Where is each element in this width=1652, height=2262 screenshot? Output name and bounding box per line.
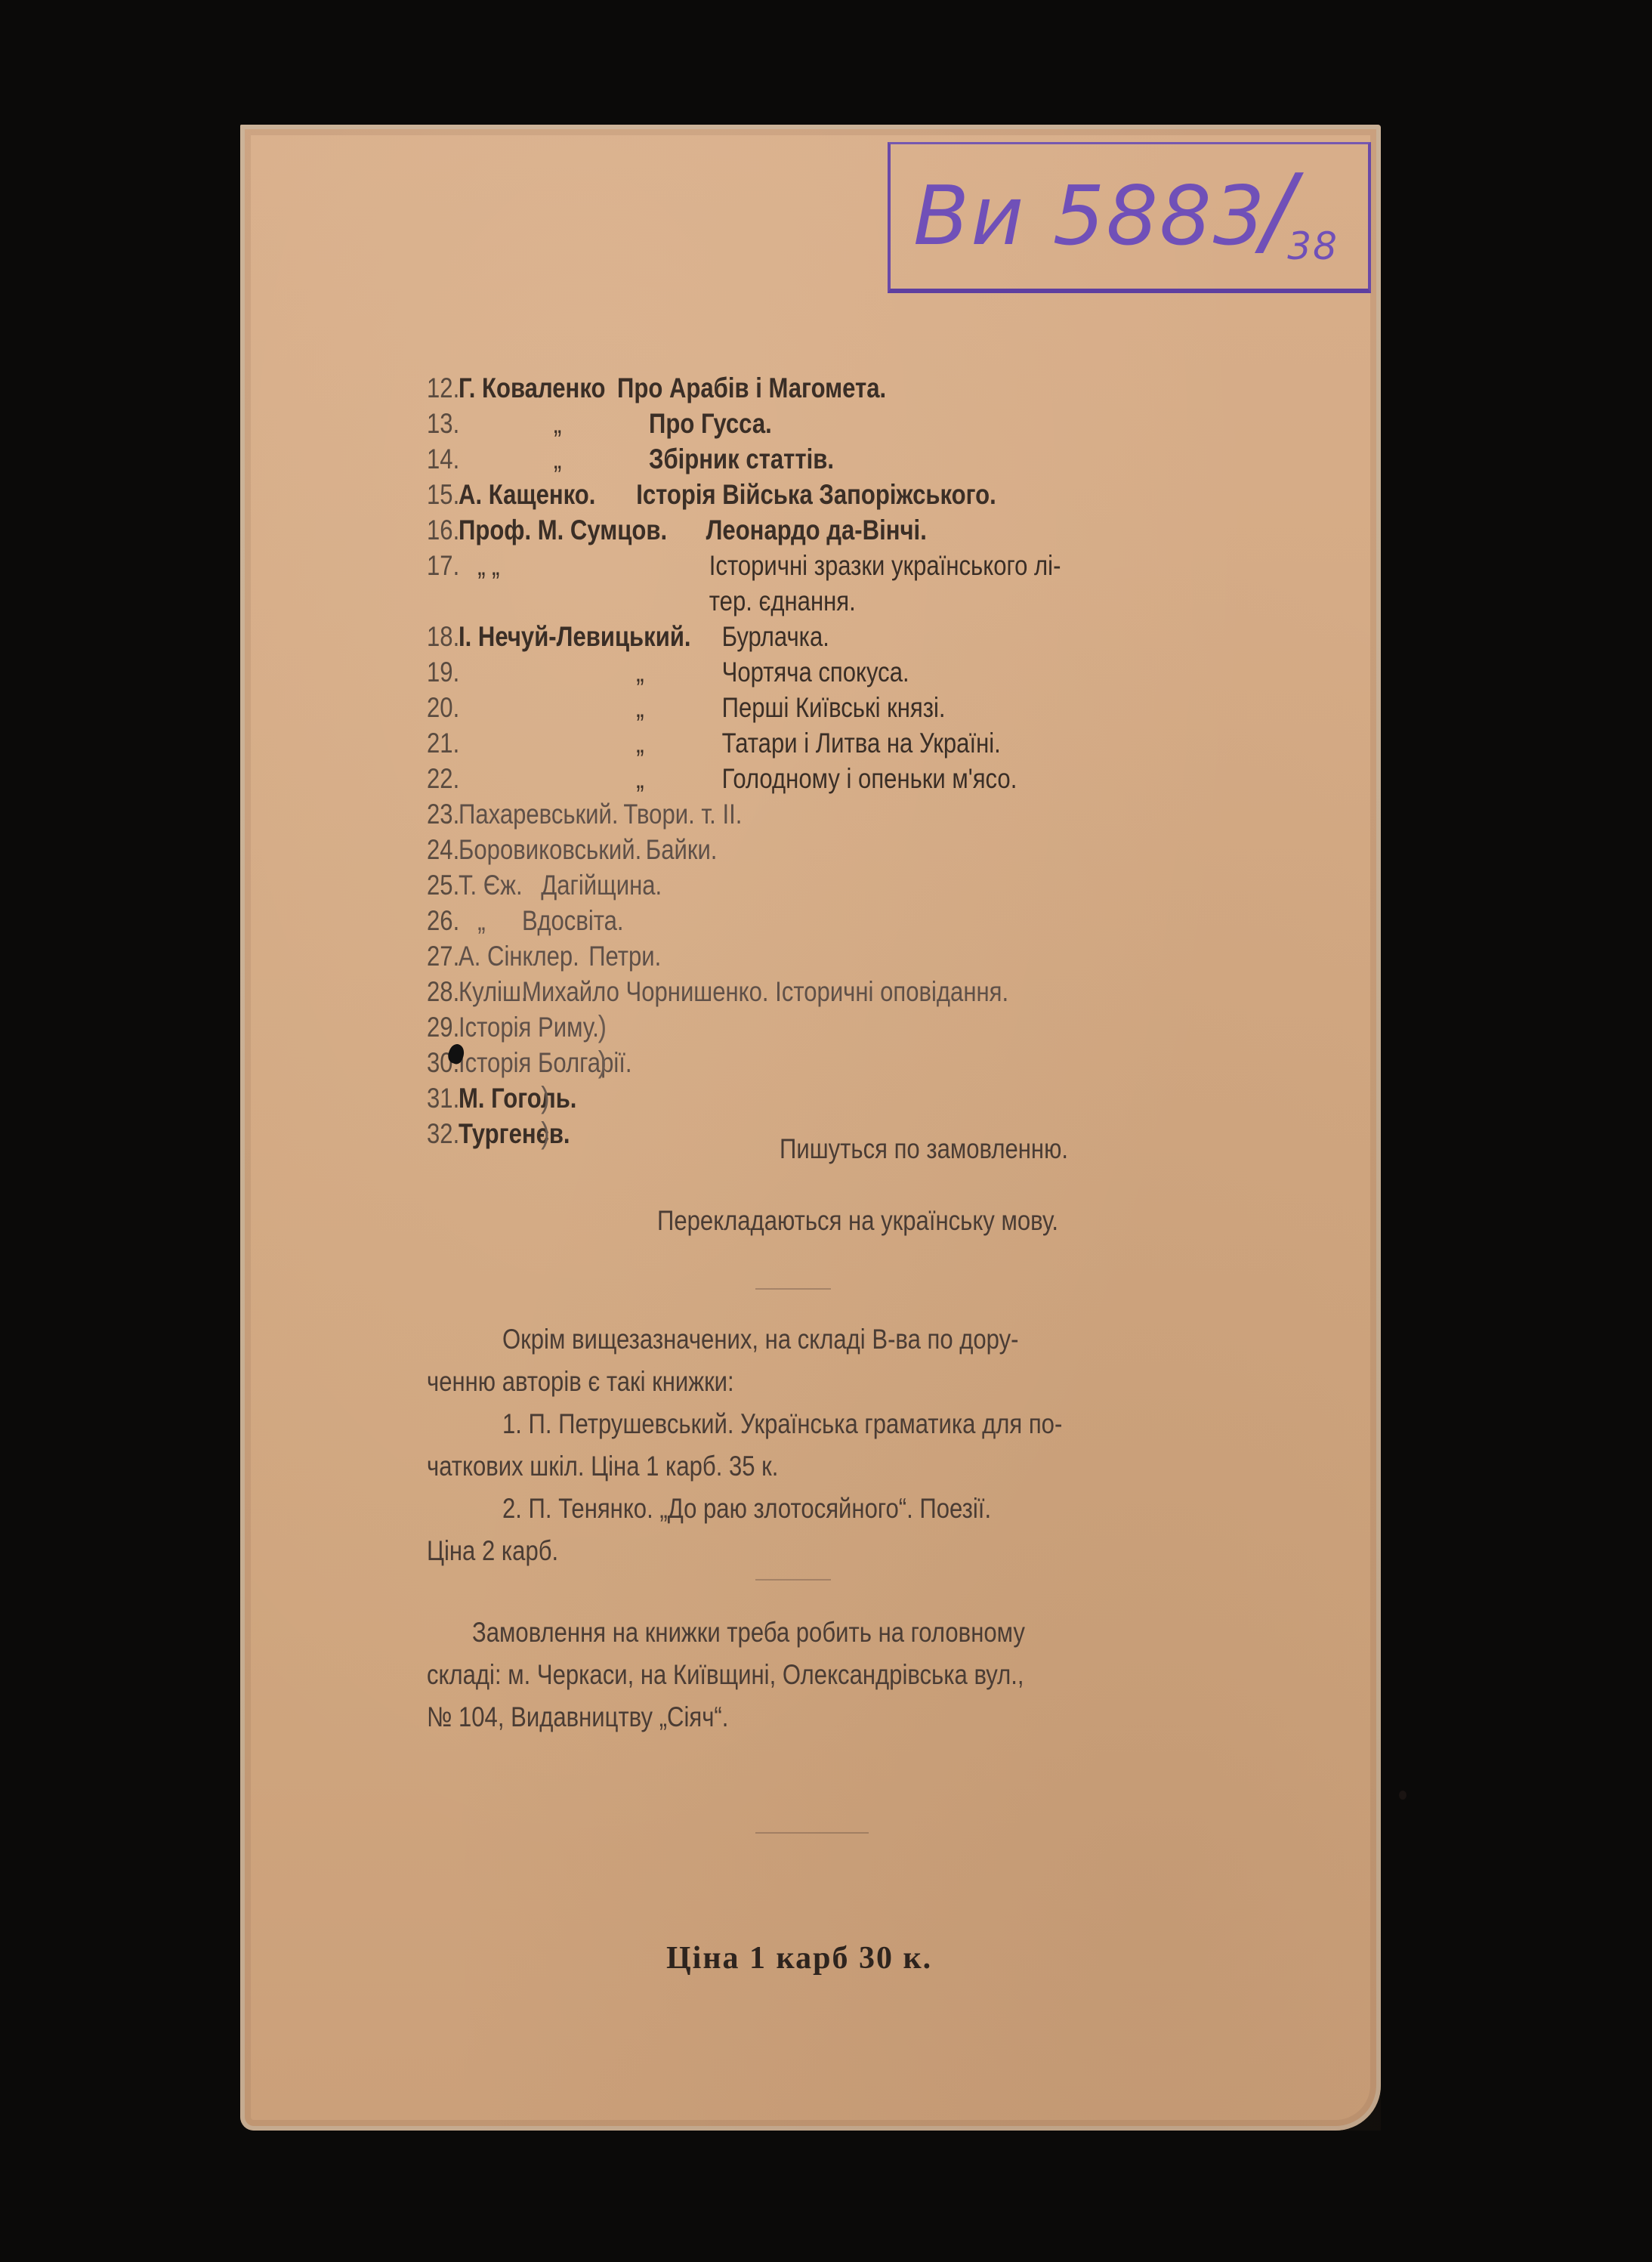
item-number: 32.	[427, 1116, 459, 1151]
item-number: 16.	[427, 512, 459, 548]
item-title: Про Арабів і Магомета.	[617, 370, 886, 406]
item-number: 12.	[427, 370, 459, 406]
list-item: 28. Куліш. Михайло Чорнишенко. Історичні…	[427, 974, 1125, 1009]
item-title: Перші Київські князі.	[722, 690, 946, 725]
section-divider	[755, 1579, 831, 1581]
item-title-continuation: тер. єднання.	[709, 583, 856, 619]
list-item: 27. А. Сінклер. Петри.	[427, 938, 1125, 974]
order-info-line2: складі: м. Черкаси, на Київщині, Олексан…	[427, 1654, 1024, 1696]
list-item: 17. „ „ Історичні зразки українського лі…	[427, 548, 1125, 583]
stamp-number: 5883	[1053, 169, 1267, 264]
brace-mark: )	[541, 1116, 549, 1151]
ditto-mark: „	[554, 406, 561, 441]
item-author: М. Гоголь.	[459, 1080, 576, 1116]
stamp-sub: 38	[1287, 224, 1339, 268]
item-number: 25.	[427, 867, 459, 903]
ditto-mark: „	[636, 761, 644, 796]
list-item: 20. „ Перші Київські князі.	[427, 690, 1125, 725]
item-number: 22.	[427, 761, 459, 796]
item-title: Збірник статтів.	[649, 441, 834, 477]
item-number: 14.	[427, 441, 459, 477]
list-item: 23. Пахаревський. Твори. т. II.	[427, 796, 1125, 832]
list-item: 13. „ Про Гусса.	[427, 406, 1125, 441]
item-title: Леонардо да-Вінчі.	[706, 512, 927, 548]
brace-mark: )	[598, 1009, 607, 1045]
price-label: Ціна 1 карб 30 к.	[666, 1940, 932, 1976]
order-info-line1: Замовлення на книжки треба робить на гол…	[472, 1612, 1025, 1654]
list-item: 25. Т. Єж. Дагійщина.	[427, 867, 1125, 903]
brace-mark: )	[598, 1045, 607, 1080]
list-item: 22. „ Голодному і опеньки м'ясо.	[427, 761, 1125, 796]
extra-item2-line1: 2. П. Тенянко. „До раю злотосяйного“. По…	[502, 1488, 991, 1530]
item-author: Куліш.	[459, 974, 528, 1009]
item-author: Боровиковський.	[459, 832, 641, 867]
item-number: 26.	[427, 903, 459, 938]
item-title: Історія Війська Запоріжського.	[636, 477, 996, 512]
item-title: Вдосвіта.	[522, 903, 624, 938]
extra-intro-line1: Окрім вищезазначених, на складі В-ва по …	[502, 1318, 1019, 1361]
list-item: 14. „ Збірник статтів.	[427, 441, 1125, 477]
list-item: 18. І. Нечуй-Левицький. Бурлачка.	[427, 619, 1125, 654]
item-number: 21.	[427, 725, 459, 761]
item-title: Про Гусса.	[649, 406, 772, 441]
brace-note-translating: Перекладаються на українську мову.	[657, 1205, 1058, 1237]
extra-item2-line2: Ціна 2 карб.	[427, 1530, 558, 1572]
list-item: 31. М. Гоголь. )	[427, 1080, 1125, 1116]
item-title: Твори. т. II.	[623, 796, 742, 832]
item-number: 28.	[427, 974, 459, 1009]
list-item: 19. „ Чортяча спокуса.	[427, 654, 1125, 690]
list-item: 24. Боровиковський. Байки.	[427, 832, 1125, 867]
item-author: А. Кащенко.	[459, 477, 595, 512]
ditto-mark: „	[636, 690, 644, 725]
item-title: Байки.	[646, 832, 718, 867]
stamp-prefix: Ви	[913, 169, 1025, 264]
item-title: Бурлачка.	[722, 619, 829, 654]
item-author: Г. Коваленко	[459, 370, 605, 406]
item-number: 23.	[427, 796, 459, 832]
brace-mark: )	[541, 1080, 549, 1116]
item-number: 15.	[427, 477, 459, 512]
item-title: Татари і Литва на Україні.	[722, 725, 1001, 761]
list-item: 12. Г. Коваленко Про Арабів і Магомета.	[427, 370, 1125, 406]
section-divider	[755, 1832, 869, 1834]
item-title: Петри.	[588, 938, 661, 974]
item-title: Історія Риму.	[459, 1009, 599, 1045]
item-number: 13.	[427, 406, 459, 441]
item-number: 19.	[427, 654, 459, 690]
list-item: 29. Історія Риму. )	[427, 1009, 1125, 1045]
ditto-mark: „	[477, 903, 485, 938]
list-item: 26. „ Вдосвіта.	[427, 903, 1125, 938]
item-number: 31.	[427, 1080, 459, 1116]
book-list: 12. Г. Коваленко Про Арабів і Магомета. …	[427, 370, 1258, 1151]
item-number: 24.	[427, 832, 459, 867]
item-number: 29.	[427, 1009, 459, 1045]
item-title: Історичні зразки українського лі-	[709, 548, 1061, 583]
item-author: Проф. М. Сумцов.	[459, 512, 667, 548]
item-title: Дагійщина.	[541, 867, 662, 903]
item-title: Чортяча спокуса.	[722, 654, 909, 690]
extra-item1-line1: 1. П. Петрушевський. Українська граматик…	[502, 1403, 1062, 1445]
item-author: Т. Єж.	[459, 867, 523, 903]
library-stamp: Ви 5883/38	[888, 142, 1371, 293]
extra-intro-line2: ченню авторів є такі книжки:	[427, 1361, 734, 1403]
order-info-line3: № 104, Видавництву „Сіяч“.	[427, 1696, 728, 1738]
section-divider	[755, 1288, 831, 1290]
list-item: 30. Історія Болгарії. )	[427, 1045, 1125, 1080]
ditto-mark: „ „	[477, 548, 499, 583]
list-item: 16. Проф. М. Сумцов. Леонардо да-Вінчі.	[427, 512, 1125, 548]
list-item: 21. „ Татари і Литва на Україні.	[427, 725, 1125, 761]
item-number: 17.	[427, 548, 459, 583]
item-number: 27.	[427, 938, 459, 974]
extra-item1-line2: чаткових шкіл. Ціна 1 карб. 35 к.	[427, 1445, 778, 1488]
item-title: Голодному і опеньки м'ясо.	[722, 761, 1017, 796]
ditto-mark: „	[636, 725, 644, 761]
list-item-continuation: тер. єднання.	[427, 583, 1125, 619]
item-number: 18.	[427, 619, 459, 654]
item-author: Пахаревський.	[459, 796, 619, 832]
item-author: Тургенєв.	[459, 1116, 570, 1151]
ditto-mark: „	[636, 654, 644, 690]
item-author: І. Нечуй-Левицький.	[459, 619, 691, 654]
item-number: 20.	[427, 690, 459, 725]
stamp-inventory-number: Ви 5883/38	[913, 161, 1339, 265]
edge-mark	[1399, 1791, 1407, 1800]
brace-note-on-order: Пишуться по замовленню.	[780, 1133, 1068, 1165]
list-item: 15. А. Кащенко. Історія Війська Запоріжс…	[427, 477, 1125, 512]
item-author: А. Сінклер.	[459, 938, 579, 974]
ditto-mark: „	[554, 441, 561, 477]
item-title: Михайло Чорнишенко. Історичні оповідання…	[522, 974, 1008, 1009]
